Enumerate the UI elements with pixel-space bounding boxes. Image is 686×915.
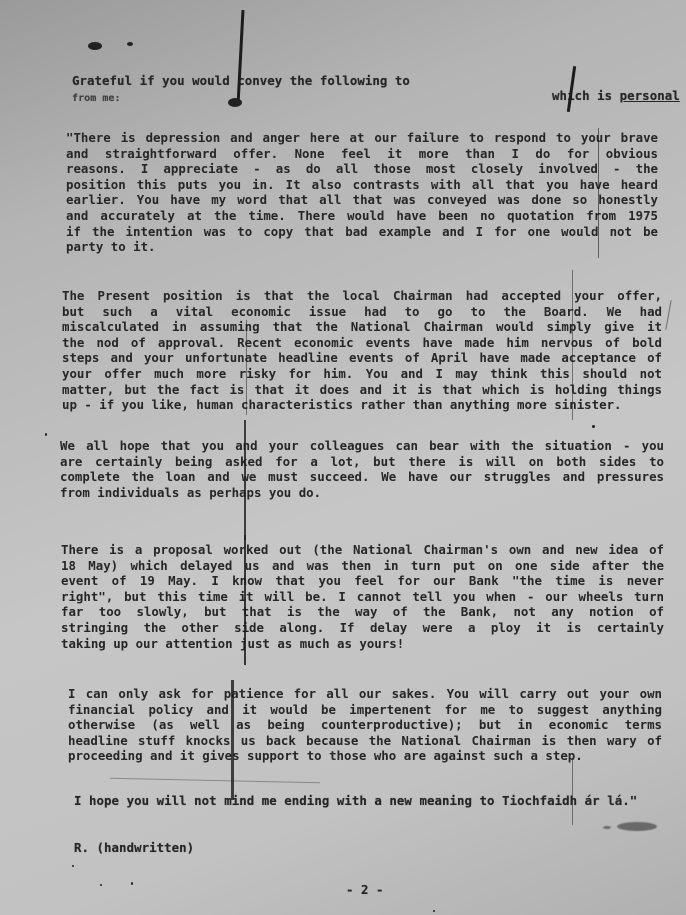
scan-artifact-line [665, 300, 671, 330]
paragraph-3: We all hope that you and your colleagues… [60, 438, 664, 500]
paragraph-4: There is a proposal worked out (the Nati… [61, 542, 664, 651]
text-line: reasons. I appreciate - as do all those … [66, 161, 658, 177]
speck [131, 882, 133, 885]
speck [45, 433, 47, 436]
scan-artifact-stroke [110, 778, 320, 783]
header-which-is: which is [552, 88, 612, 103]
ink-mark [88, 42, 102, 50]
scan-artifact-line [572, 760, 573, 825]
scan-artifact-line [244, 535, 246, 665]
text-line: stringing the other side along. If delay… [61, 620, 664, 636]
header-line-right: which is personal [522, 73, 680, 118]
text-line: There is a proposal worked out (the Nati… [61, 542, 664, 558]
speck [433, 910, 435, 912]
header-personal: personal [620, 88, 680, 103]
text-line: event of 19 May. I know that you feel fo… [61, 573, 664, 589]
text-line: party to it. [66, 239, 658, 255]
scanned-document-page: Grateful if you would convey the followi… [0, 0, 686, 915]
text-line: and accurately at the time. There would … [66, 208, 658, 224]
text-line: I can only ask for patience for all our … [68, 686, 662, 702]
handwritten-scribble [617, 822, 657, 831]
header-line2: from me: [72, 93, 121, 104]
paragraph-5: I can only ask for patience for all our … [68, 686, 662, 764]
text-line: if the intention was to copy that bad ex… [66, 224, 658, 240]
scan-artifact-line [572, 270, 573, 420]
text-line: headline stuff knocks us back because th… [68, 733, 662, 749]
scan-artifact-line [231, 680, 234, 800]
speck [592, 425, 595, 428]
ink-blot [228, 98, 242, 107]
paragraph-1: "There is depression and anger here at o… [66, 130, 658, 255]
text-line: earlier. You have my word that all that … [66, 192, 658, 208]
speck [72, 865, 74, 867]
text-line: otherwise (as well as being counterprodu… [68, 717, 662, 733]
ink-mark [127, 42, 133, 46]
text-line: financial policy and it would be imperte… [68, 702, 662, 718]
scan-artifact-line [246, 320, 247, 415]
text-line: complete the loan and we must succeed. W… [60, 469, 664, 485]
speck [100, 884, 102, 886]
scan-artifact-line [244, 420, 246, 540]
text-line: 18 May) which delayed us and was then in… [61, 558, 664, 574]
scan-artifact-line [598, 128, 599, 258]
ink-dash [603, 826, 611, 829]
signature: R. (handwritten) [74, 840, 194, 855]
text-line: We all hope that you and your colleagues… [60, 438, 664, 454]
scan-artifact-line [237, 10, 245, 105]
text-line: and straightforward offer. None feel it … [66, 146, 658, 162]
text-line: far too slowly, but that is the way of t… [61, 604, 664, 620]
text-line: are certainly being asked for a lot, but… [60, 454, 664, 470]
text-line: taking up our attention just as much as … [61, 636, 664, 652]
closing-line: I hope you will not mind me ending with … [74, 793, 637, 808]
text-line: right", but this time it will be. I cann… [61, 589, 664, 605]
page-number: - 2 - [346, 882, 384, 897]
text-line: position this puts you in. It also contr… [66, 177, 658, 193]
text-line: "There is depression and anger here at o… [66, 130, 658, 146]
text-line: from individuals as perhaps you do. [60, 485, 664, 501]
